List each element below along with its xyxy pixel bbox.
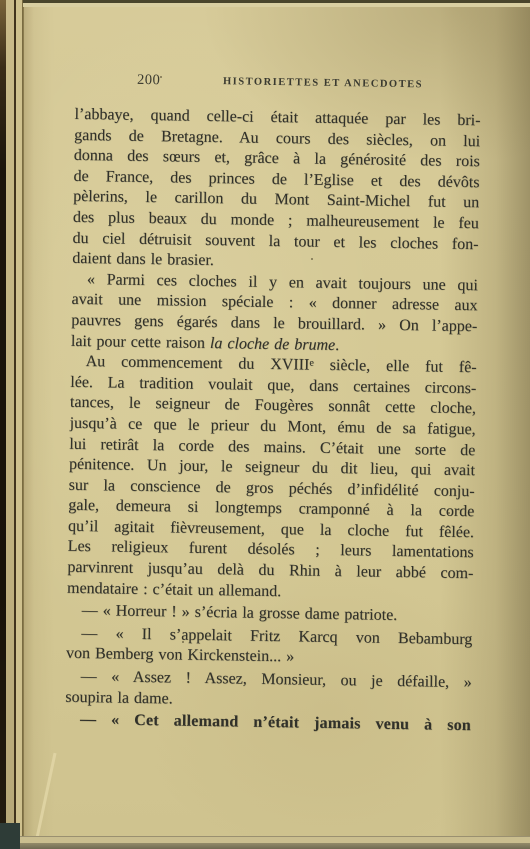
stacked-page-edges [6, 0, 16, 849]
scanner-bed-strip [0, 843, 530, 849]
page-number: 200 [137, 72, 161, 89]
page-content: 200 HISTORIETTES ET ANECDOTES l’abbaye, … [65, 71, 481, 737]
book-page-scan: 200 HISTORIETTES ET ANECDOTES l’abbaye, … [0, 0, 530, 849]
running-title: HISTORIETTES ET ANECDOTES [223, 76, 423, 90]
body-lines: l’abbaye, quand celle-ci était attaquée … [65, 105, 481, 737]
scanner-bed-corner [0, 823, 20, 849]
stacked-page-edges [16, 0, 23, 840]
